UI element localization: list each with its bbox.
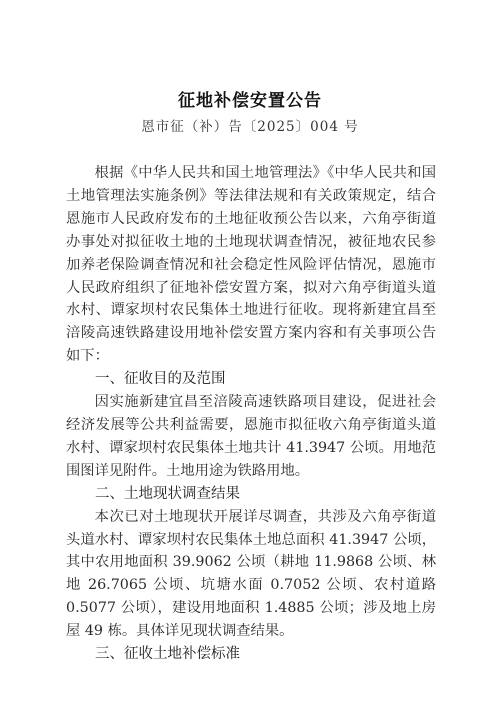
section-1-paragraph: 因实施新建宜昌至涪陵高速铁路项目建设，促进社会经济发展等公共利益需要，恩施市拟征… xyxy=(66,391,436,483)
section-heading-2: 二、土地现状调查结果 xyxy=(66,483,436,506)
section-2-paragraph: 本次已对土地现状开展详尽调查，共涉及六角亭街道头道水村、谭家坝村农民集体土地总面… xyxy=(66,506,436,643)
intro-paragraph: 根据《中华人民共和国土地管理法》《中华人民共和国土地管理法实施条例》等法律法规和… xyxy=(66,162,436,368)
section-heading-1: 一、征收目的及范围 xyxy=(66,368,436,391)
document-title: 征地补偿安置公告 xyxy=(0,86,500,111)
section-heading-3: 三、征收土地补偿标准 xyxy=(66,643,436,666)
document-page: 征地补偿安置公告 恩市征（补）告〔2025〕004 号 根据《中华人民共和国土地… xyxy=(0,0,500,707)
document-body: 根据《中华人民共和国土地管理法》《中华人民共和国土地管理法实施条例》等法律法规和… xyxy=(66,162,436,666)
document-number: 恩市征（补）告〔2025〕004 号 xyxy=(0,115,500,135)
